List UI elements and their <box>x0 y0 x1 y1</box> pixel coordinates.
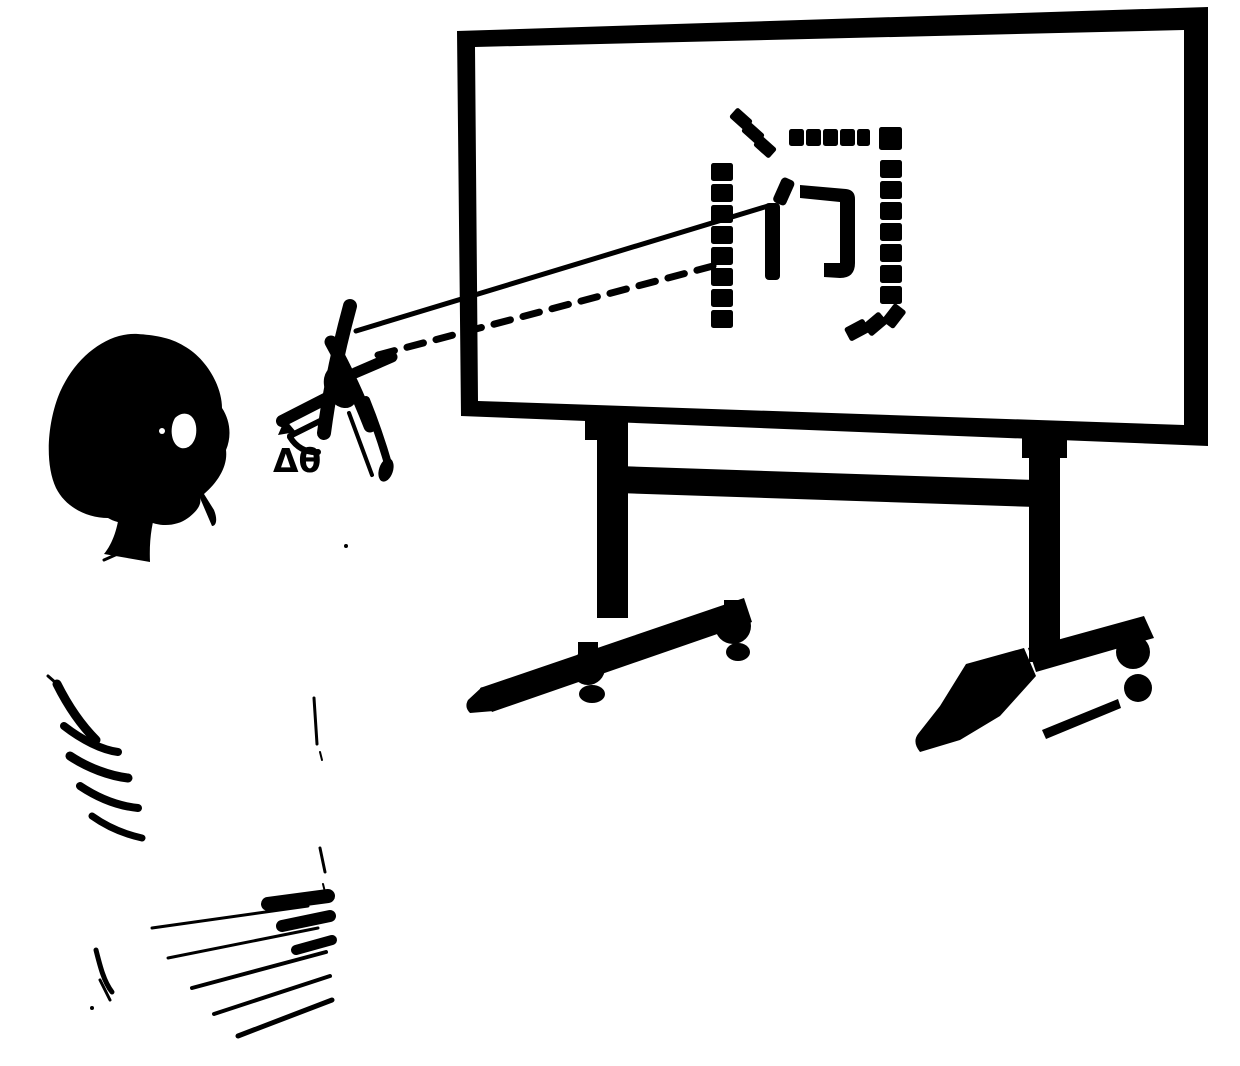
stand-right-post <box>1029 440 1060 662</box>
shirt-folds <box>48 544 348 1036</box>
angle-label: Δθ <box>273 441 321 480</box>
fold-speck <box>344 544 348 548</box>
character-dash <box>711 310 733 328</box>
character-dash <box>711 163 733 181</box>
fold-speck <box>90 1006 94 1010</box>
left-caster-ball <box>571 651 605 685</box>
right-foot-front <box>915 648 1036 752</box>
character-dash <box>880 181 902 199</box>
fold-stroke <box>282 916 330 926</box>
character-dash <box>789 129 804 146</box>
fold-stroke <box>238 1000 332 1036</box>
character-dash <box>711 247 733 265</box>
screen-frame <box>457 7 1208 446</box>
angle-annotation: Δθ <box>273 419 321 480</box>
character-dash <box>823 129 838 146</box>
solid-character <box>765 176 855 280</box>
character-dash <box>881 303 906 330</box>
figure-canvas: Δθ <box>0 0 1240 1066</box>
character-dash <box>880 160 902 178</box>
elbow <box>376 456 397 483</box>
screen-content <box>711 107 907 342</box>
character-dash <box>880 223 902 241</box>
left-rear-caster-ball <box>715 608 751 644</box>
character-dash <box>711 268 733 286</box>
stand-left-post <box>597 420 628 618</box>
stand-crossbar <box>618 466 1036 507</box>
sleeve-cuff-stroke <box>290 421 320 436</box>
fold-stroke <box>320 848 325 872</box>
right-foot-lower-bar <box>1042 699 1121 739</box>
display-stand <box>466 414 1154 752</box>
patent-figure: Δθ <box>0 0 1240 1066</box>
fold-stroke <box>268 896 328 904</box>
left-rear-caster-wheel <box>726 643 750 661</box>
solid-char-hook <box>800 185 855 278</box>
fold-stroke <box>92 816 142 838</box>
index-finger <box>355 357 392 373</box>
character-dash <box>880 244 902 262</box>
fold-stroke <box>80 786 138 808</box>
display-screen <box>457 7 1208 446</box>
dashed-character <box>711 107 907 342</box>
character-dash <box>880 202 902 220</box>
right-caster-ball <box>1116 635 1150 669</box>
character-dash <box>806 129 821 146</box>
person-head <box>49 334 230 526</box>
person-forearm <box>349 400 396 484</box>
fold-stroke <box>320 752 322 760</box>
character-dash <box>879 127 902 150</box>
character-dash <box>711 289 733 307</box>
character-dash <box>711 226 733 244</box>
pointer-rays <box>356 206 768 355</box>
solid-char-vertical <box>765 203 780 280</box>
left-caster-wheel <box>579 685 605 703</box>
character-dash <box>880 265 902 283</box>
fold-stroke <box>70 756 128 778</box>
character-dash <box>880 286 902 304</box>
character-dash <box>840 129 855 146</box>
character-dash <box>711 184 733 202</box>
fold-stroke <box>314 698 317 744</box>
solid-char-dot <box>772 176 796 206</box>
character-dash <box>857 129 870 146</box>
right-caster-wheel <box>1124 674 1152 702</box>
person <box>48 306 396 1036</box>
ear-highlight <box>159 428 165 434</box>
fold-stroke <box>296 940 332 950</box>
